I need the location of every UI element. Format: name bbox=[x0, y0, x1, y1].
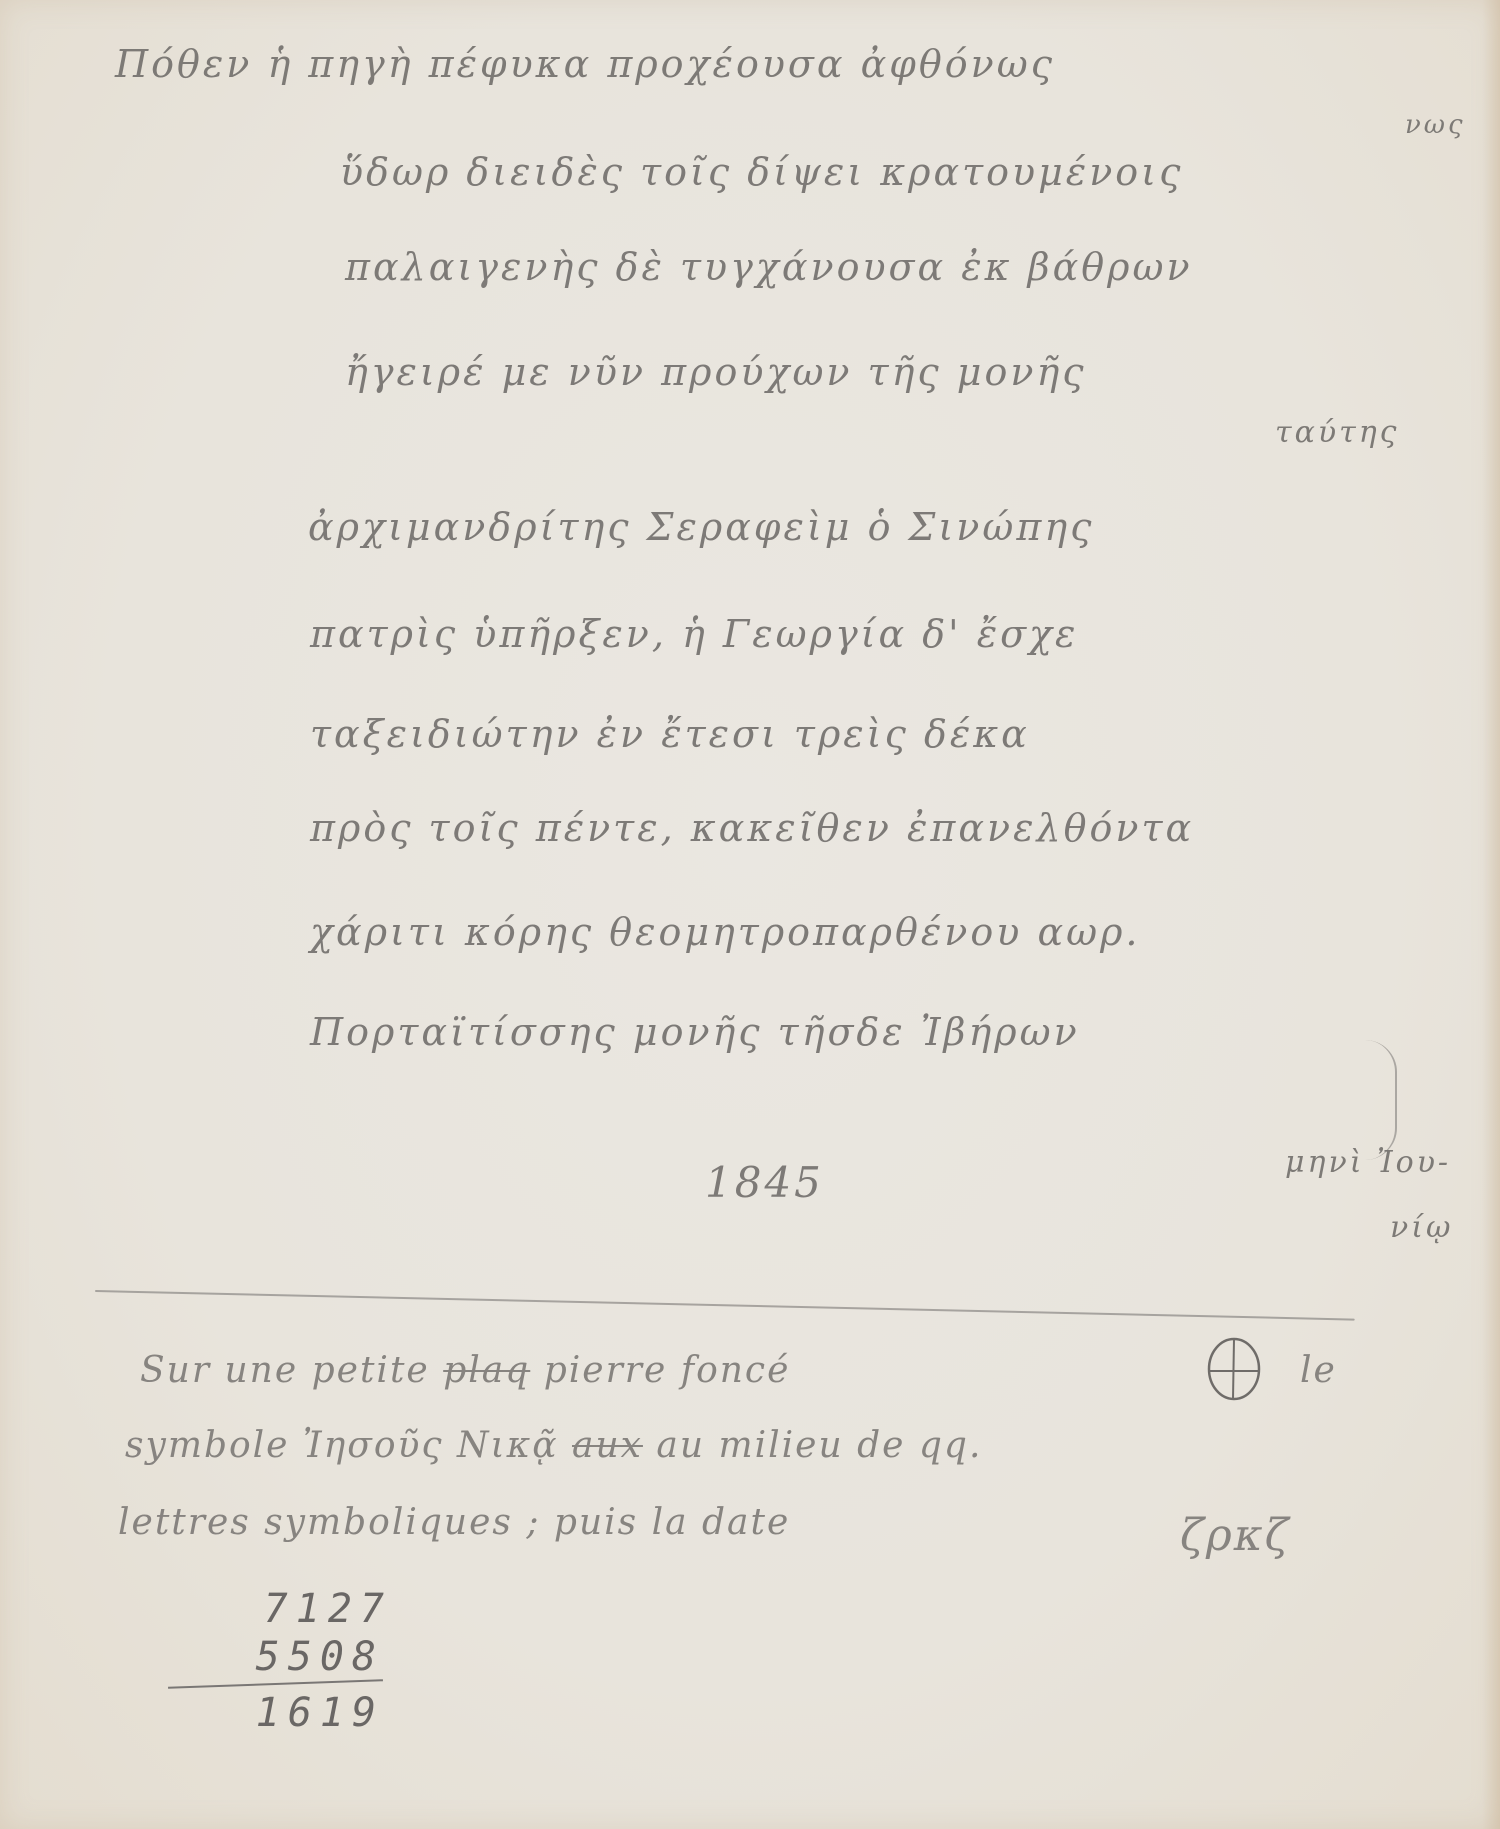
greek-line-8: πρὸς τοῖς πέντε, κακεῖθεν ἐπανελθόντα bbox=[310, 806, 1194, 850]
horizontal-divider-line bbox=[95, 1290, 1355, 1321]
greek-line-7: ταξειδιώτην ἐν ἔτεσι τρεὶς δέκα bbox=[310, 712, 1030, 756]
greek-line-5: ἀρχιμανδρίτης Σεραφεὶμ ὁ Σινώπης bbox=[308, 505, 1094, 549]
greek-margin-continuation: νως bbox=[1405, 110, 1466, 140]
french-date-greek-numerals: ζρκζ bbox=[1180, 1510, 1290, 1561]
manuscript-page: Πόθεν ἡ πηγὴ πέφυκα προχέουσα ἀφθόνως νω… bbox=[0, 0, 1500, 1829]
year-1845: 1845 bbox=[705, 1158, 824, 1207]
greek-line-4: ἤγειρέ με νῦν προύχων τῆς μονῆς bbox=[345, 350, 1087, 394]
french-line-3-text: lettres symboliques ; puis la date bbox=[118, 1502, 790, 1543]
french-line-2-end: au milieu de qq. bbox=[656, 1425, 982, 1466]
french-line-1-end: le bbox=[1300, 1350, 1337, 1391]
closing-brace-mark bbox=[1365, 1040, 1397, 1160]
french-line-3: lettres symboliques ; puis la date bbox=[118, 1502, 790, 1543]
french-line-2-struck-word: aux bbox=[572, 1425, 643, 1466]
greek-line-1: Πόθεν ἡ πηγὴ πέφυκα προχέουσα ἀφθόνως bbox=[115, 42, 1055, 86]
french-line-1-start: Sur une petite bbox=[140, 1350, 430, 1391]
greek-margin-note: ταύτης bbox=[1275, 415, 1399, 450]
french-line-2: symbole Ἰησοῦς Νικᾷ aux au milieu de qq. bbox=[125, 1425, 982, 1466]
french-line-2-start: symbole Ἰησοῦς Νικᾷ bbox=[125, 1425, 559, 1466]
date-note-line-1: μηνὶ Ἰου- bbox=[1285, 1145, 1451, 1180]
calc-minuend: 7127 bbox=[178, 1585, 398, 1633]
calc-result: 1619 bbox=[178, 1689, 398, 1737]
french-line-1-middle: pierre foncé bbox=[544, 1350, 791, 1391]
french-line-1: Sur une petite plaq pierre foncé bbox=[140, 1350, 790, 1391]
greek-line-9: χάριτι κόρης θεομητροπαρθένου αωρ. bbox=[310, 910, 1141, 954]
subtraction-calculation: 7127 5508 1619 bbox=[178, 1585, 398, 1737]
greek-line-10: Πορταϊτίσσης μονῆς τῆσδε Ἰβήρων bbox=[310, 1010, 1080, 1054]
french-line-1-struck-word: plaq bbox=[443, 1350, 530, 1391]
greek-line-2: ὕδωρ διειδὲς τοῖς δίψει κρατουμένοις bbox=[340, 150, 1183, 194]
paper-edge-shadow bbox=[1482, 0, 1500, 1829]
date-note-line-2: νίῳ bbox=[1390, 1210, 1453, 1245]
greek-line-6: πατρὶς ὑπῆρξεν, ἡ Γεωργία δ' ἔσχε bbox=[310, 612, 1078, 656]
calc-subtrahend: 5508 bbox=[178, 1633, 398, 1681]
greek-line-3: παλαιγενὴς δὲ τυγχάνουσα ἐκ βάθρων bbox=[345, 245, 1193, 289]
circle-cross-symbol-icon bbox=[1205, 1335, 1263, 1403]
